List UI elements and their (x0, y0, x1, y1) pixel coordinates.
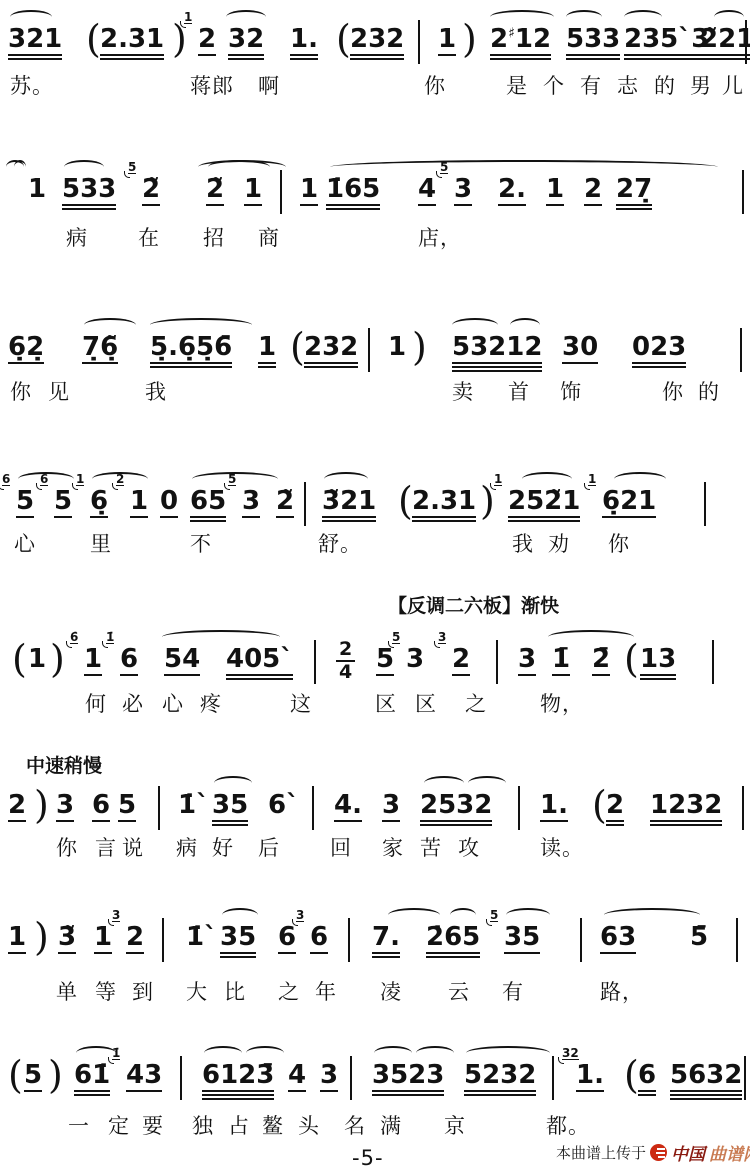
note-token: 1 (94, 924, 112, 954)
note-token: 6123̄ (202, 1062, 274, 1100)
watermark-prefix-text: 本曲谱上传于 (556, 1142, 646, 1163)
slur-arc (452, 318, 498, 332)
grace-note: 1̇ (106, 631, 114, 644)
note-token: 2 (606, 792, 624, 826)
slur-arc (324, 472, 368, 486)
lyric-syllable: 男 (690, 76, 712, 97)
lyric-syllable: 家 (382, 838, 404, 859)
note-token: 5̄ (690, 924, 708, 950)
note-token: 2 (8, 792, 26, 822)
grace-note: 3 (296, 909, 304, 922)
grace-note: 1 (76, 473, 84, 486)
parenthesis: ) (48, 1056, 63, 1094)
lyric-syllable: 一 (68, 1116, 90, 1137)
barline (580, 918, 582, 962)
lyric-syllable: 商 (258, 228, 280, 249)
grace-note: 5 (228, 473, 236, 486)
lyric-syllable: 你 (608, 534, 630, 555)
lyric-syllable: 区 (375, 694, 397, 715)
note-token: 3̃ (58, 924, 76, 954)
grace-note: 1 (184, 11, 192, 24)
barline (304, 482, 306, 526)
lyric-syllable: 儿 (722, 76, 744, 97)
lyric-syllable: 好 (212, 838, 234, 859)
slur-arc (162, 630, 280, 644)
time-signature: 24 (336, 640, 355, 682)
grace-note: 32 (562, 1047, 579, 1060)
note-token: 1 (438, 26, 456, 56)
section-label: 【反调二六板】渐快 (388, 597, 559, 616)
note-token: 5632 (670, 1062, 742, 1100)
slur-arc (490, 10, 554, 24)
note-token: 3 (518, 646, 536, 676)
note-token: 4. (334, 792, 362, 822)
note-token: 53212 (452, 334, 542, 372)
note-token: 1 (28, 646, 46, 672)
lyric-syllable: 之 (278, 982, 300, 1003)
note-token: 5232 (464, 1062, 536, 1096)
note-token: 232 (304, 334, 358, 368)
grace-note: 1̇ (112, 1047, 120, 1060)
grace-note: 1 (588, 473, 596, 486)
lyric-syllable: 这 (290, 694, 312, 715)
barline (744, 1056, 746, 1100)
slur-arc (64, 160, 104, 174)
barline (350, 1056, 352, 1100)
slur-arc (226, 10, 266, 24)
note-token: 1 (8, 924, 26, 954)
slur-arc (330, 160, 718, 174)
note-token: 533 (62, 176, 116, 210)
note-token: 2̄ (592, 646, 610, 676)
slur-arc (424, 776, 464, 790)
lyric-syllable: 等 (95, 982, 117, 1003)
note-token: 4 (418, 176, 436, 206)
note-token: 2.31 (412, 488, 476, 522)
note-token: 53 (454, 176, 472, 206)
barline (162, 918, 164, 962)
parenthesis: ) (412, 328, 427, 366)
parenthesis: ( (8, 1056, 23, 1094)
site-logo-icon (650, 1144, 667, 1161)
lyric-syllable: 都。 (546, 1116, 590, 1137)
lyric-syllable: 招 (203, 228, 225, 249)
lyric-syllable: 凌 (380, 982, 402, 1003)
barline (496, 640, 498, 684)
note-token: 2̇65 (426, 924, 480, 958)
lyric-syllable: 在 (138, 228, 160, 249)
lyric-syllable: 有 (580, 76, 602, 97)
lyric-syllable: 里 (90, 534, 112, 555)
slur-arc (714, 10, 744, 24)
lyric-syllable: 读。 (540, 838, 584, 859)
parenthesis: ( (12, 640, 27, 678)
note-token: 1 (244, 176, 262, 206)
note-token: 16̣ (90, 488, 108, 518)
note-token: 3523 (372, 1062, 444, 1096)
slur-arc (10, 10, 52, 24)
note-token: 7. (372, 924, 400, 958)
slur-arc (214, 776, 252, 790)
barline (740, 328, 742, 372)
note-token: 53 (406, 646, 424, 672)
lyric-syllable: 是 (506, 76, 528, 97)
lyric-syllable: 路， (600, 982, 644, 1003)
lyric-syllable: 定 (108, 1116, 130, 1137)
lyric-syllable: 我 (512, 534, 534, 555)
barline (280, 170, 282, 214)
note-token: 32 (228, 26, 264, 60)
lyric-syllable: 卖 (452, 382, 474, 403)
note-token: 1. (540, 792, 568, 822)
note-token: 36 (310, 924, 328, 954)
slur-arc (466, 1046, 550, 1060)
grace-note: 3 (112, 909, 120, 922)
lyric-syllable: 的 (654, 76, 676, 97)
watermark-site-name-secondary: 曲谱网 (709, 1140, 750, 1165)
parenthesis: ( (336, 20, 351, 58)
note-token: 53 (242, 488, 260, 518)
score-page: 321(2.31)12321.(2321)2♯12533235ˋ32̃21苏。蒋… (0, 0, 750, 1174)
note-token: 12 (198, 26, 216, 56)
watermark-site-name-primary: 中国 (671, 1140, 705, 1165)
slur-arc (604, 908, 700, 922)
note-token: 2̃ (206, 176, 224, 206)
lyric-syllable: 必 (122, 694, 144, 715)
slur-arc (388, 908, 440, 922)
note-token: 4 (288, 1062, 306, 1092)
lyric-syllable: 区 (415, 694, 437, 715)
note-token: 405ˋ (226, 646, 293, 680)
site-watermark: 本曲谱上传于 中国 曲谱网 (556, 1140, 750, 1165)
note-token: 321. (576, 1062, 604, 1092)
barline (742, 170, 744, 214)
barline (736, 918, 738, 962)
lyric-syllable: 苏。 (10, 76, 54, 97)
parenthesis: ( (86, 20, 101, 58)
barline (158, 786, 160, 830)
note-token: 35 (220, 924, 256, 958)
grace-note: 1 (494, 473, 502, 486)
lyric-syllable: 心 (162, 694, 184, 715)
note-token: 63 (600, 924, 636, 954)
lyric-syllable: 说 (122, 838, 144, 859)
note-token: 5 (118, 792, 136, 822)
note-token: 6ˋ (268, 792, 299, 818)
slur-arc (566, 10, 602, 24)
lyric-syllable: 物， (540, 694, 584, 715)
slur-arc (84, 318, 136, 332)
note-token: 2.31 (100, 26, 164, 60)
lyric-syllable: 见 (48, 382, 70, 403)
lyric-syllable: 有 (502, 982, 524, 1003)
note-token: 65 (54, 488, 72, 518)
grace-note: 6 (2, 473, 10, 486)
note-token: 1̄ (552, 646, 570, 676)
lyric-syllable: 饰 (560, 382, 582, 403)
lyric-syllable: 回 (330, 838, 352, 859)
barline (552, 1056, 554, 1100)
grace-note: 5 (490, 909, 498, 922)
parenthesis: ( (592, 786, 607, 824)
slur-arc (522, 472, 572, 486)
barline (348, 918, 350, 962)
lyric-syllable: 大 (186, 982, 208, 1003)
slur-arc (208, 160, 270, 174)
lyric-syllable: 后 (258, 838, 280, 859)
slur-arc (510, 318, 540, 332)
note-token: 6̣2̣ (8, 334, 44, 364)
note-token: 6̇1 (84, 646, 102, 676)
lyric-syllable: 心 (14, 534, 36, 555)
lyric-syllable: 占 (228, 1116, 250, 1137)
lyric-syllable: 首 (508, 382, 530, 403)
note-token: 13 (640, 646, 676, 680)
note-token: 61̇ (74, 1062, 110, 1096)
lyric-syllable: 苦 (420, 838, 442, 859)
lyric-syllable: 你 (56, 838, 78, 859)
note-token: 0 (160, 488, 178, 518)
parenthesis: ) (34, 786, 49, 824)
slur-arc (548, 630, 634, 644)
note-token: 2 (584, 176, 602, 206)
slur-arc (614, 472, 666, 486)
barline (704, 482, 706, 526)
lyric-syllable: 不 (190, 534, 212, 555)
note-token: 1 (546, 176, 564, 206)
note-token: 1̇6 (120, 646, 138, 676)
grace-note: 6 (40, 473, 48, 486)
barline (314, 640, 316, 684)
lyric-syllable: 言 (95, 838, 117, 859)
lyric-syllable: 你 (662, 382, 684, 403)
lyric-syllable: 攻 (458, 838, 480, 859)
note-token: 6 (92, 792, 110, 822)
note-token: 65 (16, 488, 34, 518)
note-token: 535 (504, 924, 540, 954)
note-token: 023 (632, 334, 686, 368)
note-token: 54 (164, 646, 200, 676)
parenthesis: ( (624, 640, 639, 678)
lyric-syllable: 年 (315, 982, 337, 1003)
slur-arc (204, 1046, 242, 1060)
lyric-syllable: 独 (192, 1116, 214, 1137)
lyric-syllable: 单 (56, 982, 78, 1003)
note-token: 52̃ (142, 176, 160, 206)
lyric-syllable: 病 (66, 228, 88, 249)
section-label: 中速稍慢 (26, 757, 102, 776)
barline (418, 20, 420, 64)
lyric-syllable: 个 (543, 76, 565, 97)
note-token: 3 (56, 792, 74, 822)
note-token: 3 (382, 792, 400, 822)
note-token: 2̃ (276, 488, 294, 518)
barline (180, 1056, 182, 1100)
note-token: 7̣6̣̃ (82, 334, 118, 364)
slur-arc (506, 908, 550, 922)
parenthesis: ( (290, 328, 305, 366)
grace-note: 2 (116, 473, 124, 486)
grace-note: 3 (438, 631, 446, 644)
lyric-syllable: 比 (224, 982, 246, 1003)
parenthesis: ) (462, 20, 477, 58)
barline (745, 20, 747, 64)
note-token: 65 (190, 488, 226, 522)
lyric-syllable: 满 (380, 1116, 402, 1137)
note-token: 1. (290, 26, 318, 60)
lyric-syllable: 志 (617, 76, 639, 97)
note-token: 27̣ (616, 176, 652, 210)
note-token: 30 (562, 334, 598, 364)
parenthesis: ) (34, 918, 49, 956)
lyric-syllable: 的 (698, 382, 720, 403)
note-token: 5 (376, 646, 394, 676)
lyric-syllable: 何 (85, 694, 107, 715)
grace-note: 5 (392, 631, 400, 644)
note-token: 5̣.6̣5̣6̄ (150, 334, 232, 368)
sharp-accidental: ♯ (508, 25, 515, 41)
note-token: 1 (300, 176, 318, 206)
page-number: -5- (352, 1146, 384, 1170)
note-token: 5 (24, 1062, 42, 1092)
lyric-syllable: 店， (418, 228, 462, 249)
lyric-syllable: 蒋郎 (190, 76, 234, 97)
note-token: 2♯12 (490, 26, 551, 60)
lyric-syllable: 我 (145, 382, 167, 403)
note-token: 3̃21 (322, 488, 376, 522)
barline (368, 328, 370, 372)
note-token: 1 (388, 334, 406, 360)
slur-arc (222, 908, 258, 922)
grace-note: 6̇ (70, 631, 78, 644)
note-token: 533 (566, 26, 620, 60)
lyric-syllable: 你 (10, 382, 32, 403)
note-token: 3 (320, 1062, 338, 1092)
note-token: 1̇ˋ (186, 924, 217, 950)
lyric-syllable: 京 (444, 1116, 466, 1137)
parenthesis: ( (398, 482, 413, 520)
note-token: 1̇ˋ (178, 792, 209, 818)
barline (312, 786, 314, 830)
slur-arc (416, 1046, 454, 1060)
lyric-syllable: 头 (298, 1116, 320, 1137)
lyric-syllable: 要 (142, 1116, 164, 1137)
note-token: 1̇65 (326, 176, 380, 210)
lyric-syllable: 啊 (258, 76, 280, 97)
note-token: 16̣21 (602, 488, 656, 518)
note-token: 1 (28, 176, 46, 202)
note-token: 1 (258, 334, 276, 368)
note-token: 35 (212, 792, 248, 826)
slur-arc (624, 10, 662, 24)
note-token: 1252̃1 (508, 488, 580, 522)
note-token: 2̃21 (700, 26, 750, 60)
slur-arc (246, 1046, 284, 1060)
lyric-syllable: 之 (465, 694, 487, 715)
lyric-syllable: 疼 (200, 694, 222, 715)
barline (518, 786, 520, 830)
lyric-syllable: 云 (448, 982, 470, 1003)
parenthesis: ) (50, 640, 65, 678)
slur-arc (14, 160, 26, 174)
note-token: 321 (8, 26, 62, 60)
note-token: 235ˋ3 (624, 26, 709, 60)
note-token: 1̇43 (126, 1062, 162, 1092)
slur-arc (468, 776, 506, 790)
note-token: 32 (126, 924, 144, 954)
parenthesis: ( (624, 1056, 639, 1094)
note-token: 6 (278, 924, 296, 954)
slur-arc (374, 1046, 412, 1060)
note-token: 32 (452, 646, 470, 676)
lyric-syllable: 名 (344, 1116, 366, 1137)
slur-arc (450, 908, 476, 922)
grace-note: 5 (128, 161, 136, 174)
note-token: 232 (350, 26, 404, 60)
lyric-syllable: 你 (424, 76, 446, 97)
note-token: 6 (638, 1062, 656, 1096)
grace-note: 5 (440, 161, 448, 174)
lyric-syllable: 劝 (548, 534, 570, 555)
lyric-syllable: 舒。 (318, 534, 362, 555)
note-token: 1232 (650, 792, 722, 826)
lyric-syllable: 鳌 (262, 1116, 284, 1137)
barline (742, 786, 744, 830)
barline (712, 640, 714, 684)
note-token: 21 (130, 488, 148, 518)
note-token: 2. (498, 176, 526, 206)
lyric-syllable: 到 (132, 982, 154, 1003)
note-token: 2532 (420, 792, 492, 826)
slur-arc (150, 318, 252, 332)
lyric-syllable: 病 (176, 838, 198, 859)
